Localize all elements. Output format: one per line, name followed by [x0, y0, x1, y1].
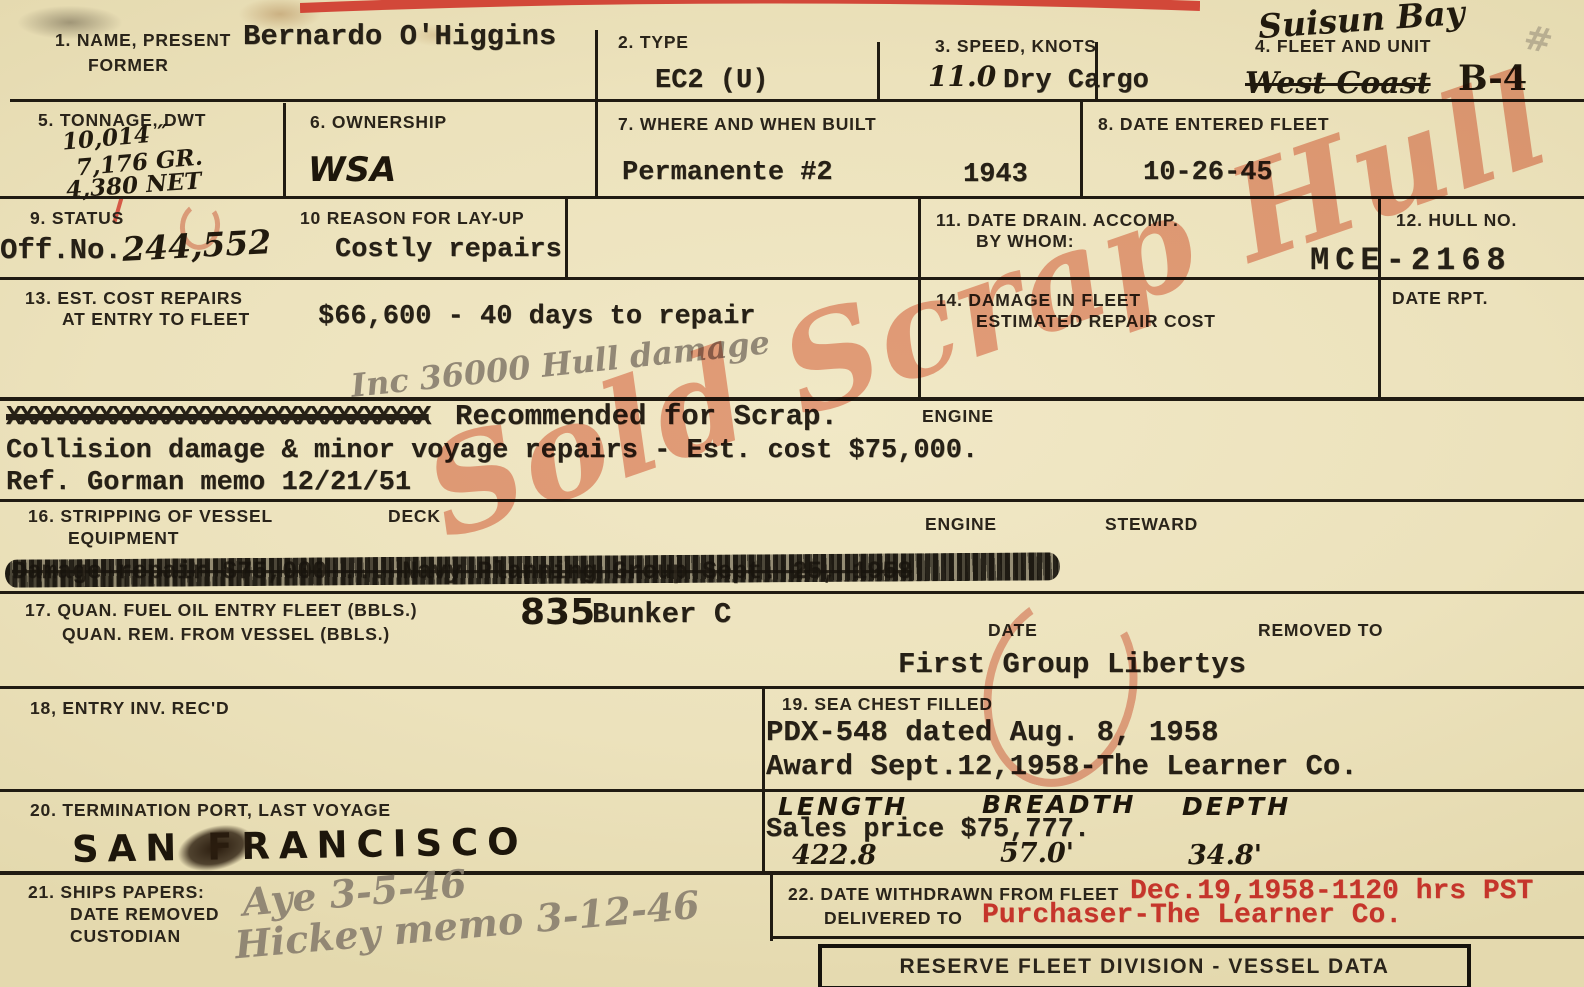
- field-16-label2: EQUIPMENT: [68, 528, 179, 549]
- official-number-label: Off.No.: [0, 234, 122, 267]
- field-17-label: 17. QUAN. FUEL OIL ENTRY FLEET (BBLS.): [25, 600, 417, 621]
- grid-line: [0, 277, 1584, 280]
- grid-line: [565, 199, 568, 277]
- field-16-label: 16. STRIPPING OF VESSEL: [28, 506, 273, 527]
- ship-type-value: EC2 (U): [655, 66, 768, 96]
- field-10-label: 10 REASON FOR LAY-UP: [300, 208, 524, 229]
- ownership-value: WSA: [308, 150, 396, 190]
- gorman-memo-ref: Ref. Gorman memo 12/21/51: [6, 468, 411, 498]
- fuel-type-value: Bunker C: [592, 598, 731, 631]
- field-1-former-label: FORMER: [88, 55, 169, 76]
- engine-column-label: ENGINE: [922, 406, 994, 427]
- length-value: 422.8: [792, 840, 877, 871]
- grid-line: [877, 42, 880, 100]
- when-built-value: 1943: [963, 160, 1028, 190]
- deck-column-label: DECK: [388, 506, 441, 527]
- reason-layup-value: Costly repairs: [335, 235, 562, 265]
- fuel-bbls-handwritten: 835: [520, 592, 595, 633]
- field-13-label2: AT ENTRY TO FLEET: [62, 309, 250, 330]
- field-21-label2: DATE REMOVED: [70, 904, 219, 925]
- field-4-label: 4. FLEET AND UNIT: [1255, 36, 1431, 57]
- removed-to-column-label: REMOVED TO: [1258, 620, 1383, 641]
- grid-line: [770, 871, 773, 941]
- depth-value: 34.8': [1188, 840, 1262, 871]
- grid-line: [0, 871, 1584, 875]
- field-3-label: 3. SPEED, KNOTS: [935, 36, 1097, 57]
- grid-line: [595, 99, 598, 196]
- field-17-label2: QUAN. REM. FROM VESSEL (BBLS.): [62, 624, 390, 645]
- field-2-label: 2. TYPE: [618, 32, 689, 53]
- where-built-value: Permanente #2: [622, 158, 833, 188]
- field-19-label: 19. SEA CHEST FILLED: [782, 694, 993, 715]
- field-18-label: 18, ENTRY INV. REC'D: [30, 698, 229, 719]
- official-number-value: 244,552: [121, 222, 272, 269]
- card-title: RESERVE FLEET DIVISION - VESSEL DATA: [899, 955, 1389, 979]
- depth-header: DEPTH: [1182, 792, 1291, 821]
- grid-line: [1080, 99, 1083, 196]
- grid-line: [762, 686, 765, 790]
- steward-column-label: STEWARD: [1105, 514, 1198, 535]
- field-21-label3: CUSTODIAN: [70, 926, 181, 947]
- speed-cargo-value: Dry Cargo: [1003, 66, 1149, 96]
- typed-over-x-block: XXXXXXXXXXXXXXXXXXXXXXXXXXXXXXXX: [6, 403, 438, 433]
- field-9-label: 9. STATUS: [30, 208, 124, 229]
- field-21-label: 21. SHIPS PAPERS:: [28, 882, 205, 903]
- delivered-to-value: Purchaser-The Learner Co.: [982, 900, 1402, 931]
- field-13-label: 13. EST. COST REPAIRS: [25, 288, 243, 309]
- grid-line: [0, 686, 1584, 689]
- breadth-value: 57.0': [1000, 838, 1074, 869]
- grid-line: [595, 30, 598, 100]
- field-1-label: 1. NAME, PRESENT: [55, 30, 231, 51]
- field-7-label: 7. WHERE AND WHEN BUILT: [618, 114, 877, 135]
- speed-handwritten-value: 11.0: [928, 60, 996, 93]
- field-6-label: 6. OWNERSHIP: [310, 112, 447, 133]
- grid-line: [1095, 42, 1098, 100]
- pencil-hash-mark: #: [1520, 17, 1556, 62]
- red-top-edge: [300, 0, 1200, 16]
- grid-line: [0, 591, 1584, 594]
- ship-name-value: Bernardo O'Higgins: [243, 20, 556, 53]
- grid-line: [283, 103, 286, 196]
- grid-line: [762, 789, 765, 874]
- grid-line: [0, 499, 1584, 502]
- vessel-data-card: 1. NAME, PRESENT Bernardo O'Higgins FORM…: [0, 0, 1584, 987]
- card-title-banner: RESERVE FLEET DIVISION - VESSEL DATA: [818, 944, 1471, 987]
- field-22-delivered-label: DELIVERED TO: [824, 908, 963, 929]
- grid-line: [770, 936, 1584, 939]
- date-rpt-label: DATE RPT.: [1392, 288, 1488, 309]
- engine-column-label-2: ENGINE: [925, 514, 997, 535]
- field-20-label: 20. TERMINATION PORT, LAST VOYAGE: [30, 800, 391, 821]
